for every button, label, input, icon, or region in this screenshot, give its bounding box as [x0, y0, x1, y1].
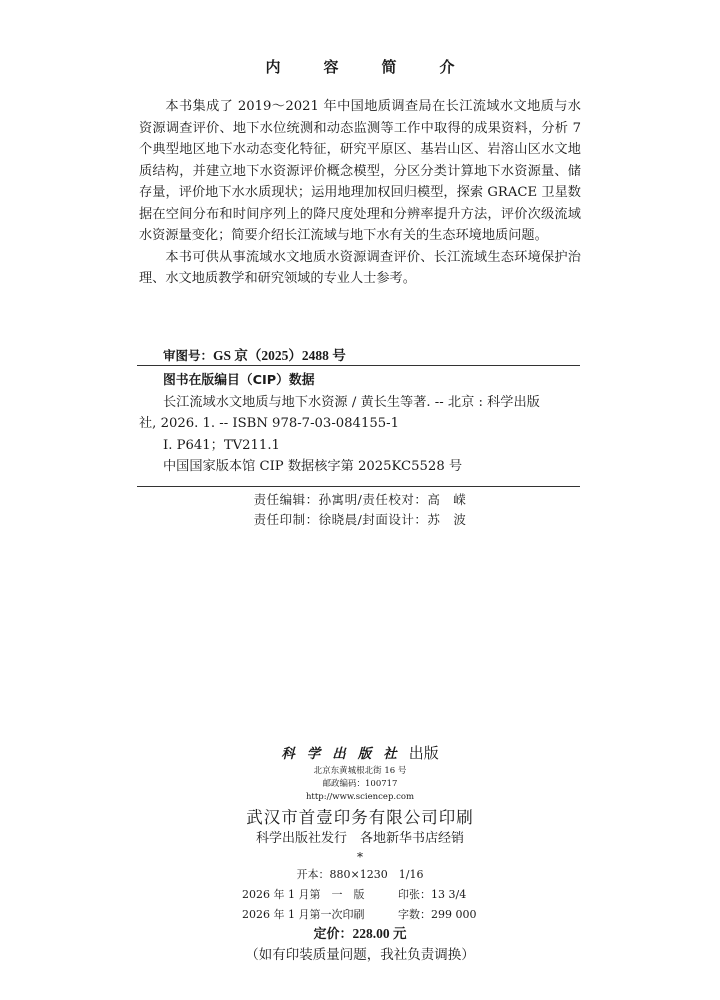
- publisher-suffix: 出版: [409, 744, 439, 762]
- price-value: 228.00 元: [353, 926, 407, 941]
- colophon: 科学出版社出版 北京东黄城根北街 16 号 邮政编码：100717 http:/…: [0, 742, 720, 966]
- cip-heading: 图书在版编目（CIP）数据: [139, 370, 581, 392]
- publisher-line: 科学出版社出版: [0, 742, 720, 765]
- cip-line: 社, 2026. 1. -- ISBN 978-7-03-084155-1: [139, 413, 581, 435]
- printer-line: 武汉市首壹印务有限公司印刷: [0, 806, 720, 829]
- map-review-number: 审图号：GS 京（2025）2488 号: [163, 344, 346, 364]
- publisher-address: 北京东黄城根北街 16 号: [0, 765, 720, 778]
- word-count: 字数：299 000: [382, 905, 478, 925]
- publisher-postcode: 邮政编码：100717: [0, 778, 720, 791]
- format-spec: 开本：880×1230 1/16: [297, 865, 424, 885]
- edition-info: 2026 年 1 月第 一 版: [242, 885, 382, 905]
- cip-line: 长江流域水文地质与地下水资源 / 黄长生等著. -- 北京 : 科学出版: [139, 392, 581, 414]
- cip-line: I. P641；TV211.1: [139, 435, 581, 457]
- review-number-value: GS 京（2025）2488 号: [213, 348, 346, 363]
- divider: [137, 365, 580, 366]
- publisher-logo: 科学出版社: [281, 746, 409, 762]
- distribution-line: 科学出版社发行 各地新华书店经销: [0, 829, 720, 849]
- quality-note: （如有印装质量问题，我社负责调换）: [0, 944, 720, 966]
- separator-asterisk: *: [0, 849, 720, 865]
- book-specs: 开本：880×1230 1/16 2026 年 1 月第 一 版 印张：13 3…: [0, 865, 720, 925]
- cip-line: 中国国家版本馆 CIP 数据核字第 2025KC5528 号: [139, 456, 581, 478]
- price-label: 定价：: [313, 927, 352, 942]
- sheets-info: 印张：13 3/4: [382, 885, 478, 905]
- credits-line: 责任编辑：孙寓明/责任校对：高 嵘: [0, 490, 720, 510]
- page-title: 内 容 简 介: [0, 56, 720, 77]
- price-line: 定价：228.00 元: [0, 925, 720, 944]
- book-abstract: 本书集成了 2019～2021 年中国地质调查局在长江流域水文地质与水资源调查评…: [139, 96, 581, 290]
- copyright-page: 内 容 简 介 本书集成了 2019～2021 年中国地质调查局在长江流域水文地…: [0, 0, 720, 1000]
- divider: [137, 486, 580, 487]
- printing-info: 2026 年 1 月第一次印刷: [242, 905, 382, 925]
- publisher-website: http://www.sciencep.com: [0, 791, 720, 804]
- credits-line: 责任印制：徐晓晨/封面设计：苏 波: [0, 510, 720, 530]
- cip-data-block: 图书在版编目（CIP）数据 长江流域水文地质与地下水资源 / 黄长生等著. --…: [139, 370, 581, 478]
- editorial-credits: 责任编辑：孙寓明/责任校对：高 嵘 责任印制：徐晓晨/封面设计：苏 波: [0, 490, 720, 529]
- abstract-paragraph: 本书集成了 2019～2021 年中国地质调查局在长江流域水文地质与水资源调查评…: [139, 96, 581, 247]
- review-number-label: 审图号：: [163, 348, 213, 363]
- abstract-paragraph: 本书可供从事流域水文地质水资源调查评价、长江流域生态环境保护治理、水文地质教学和…: [139, 247, 581, 290]
